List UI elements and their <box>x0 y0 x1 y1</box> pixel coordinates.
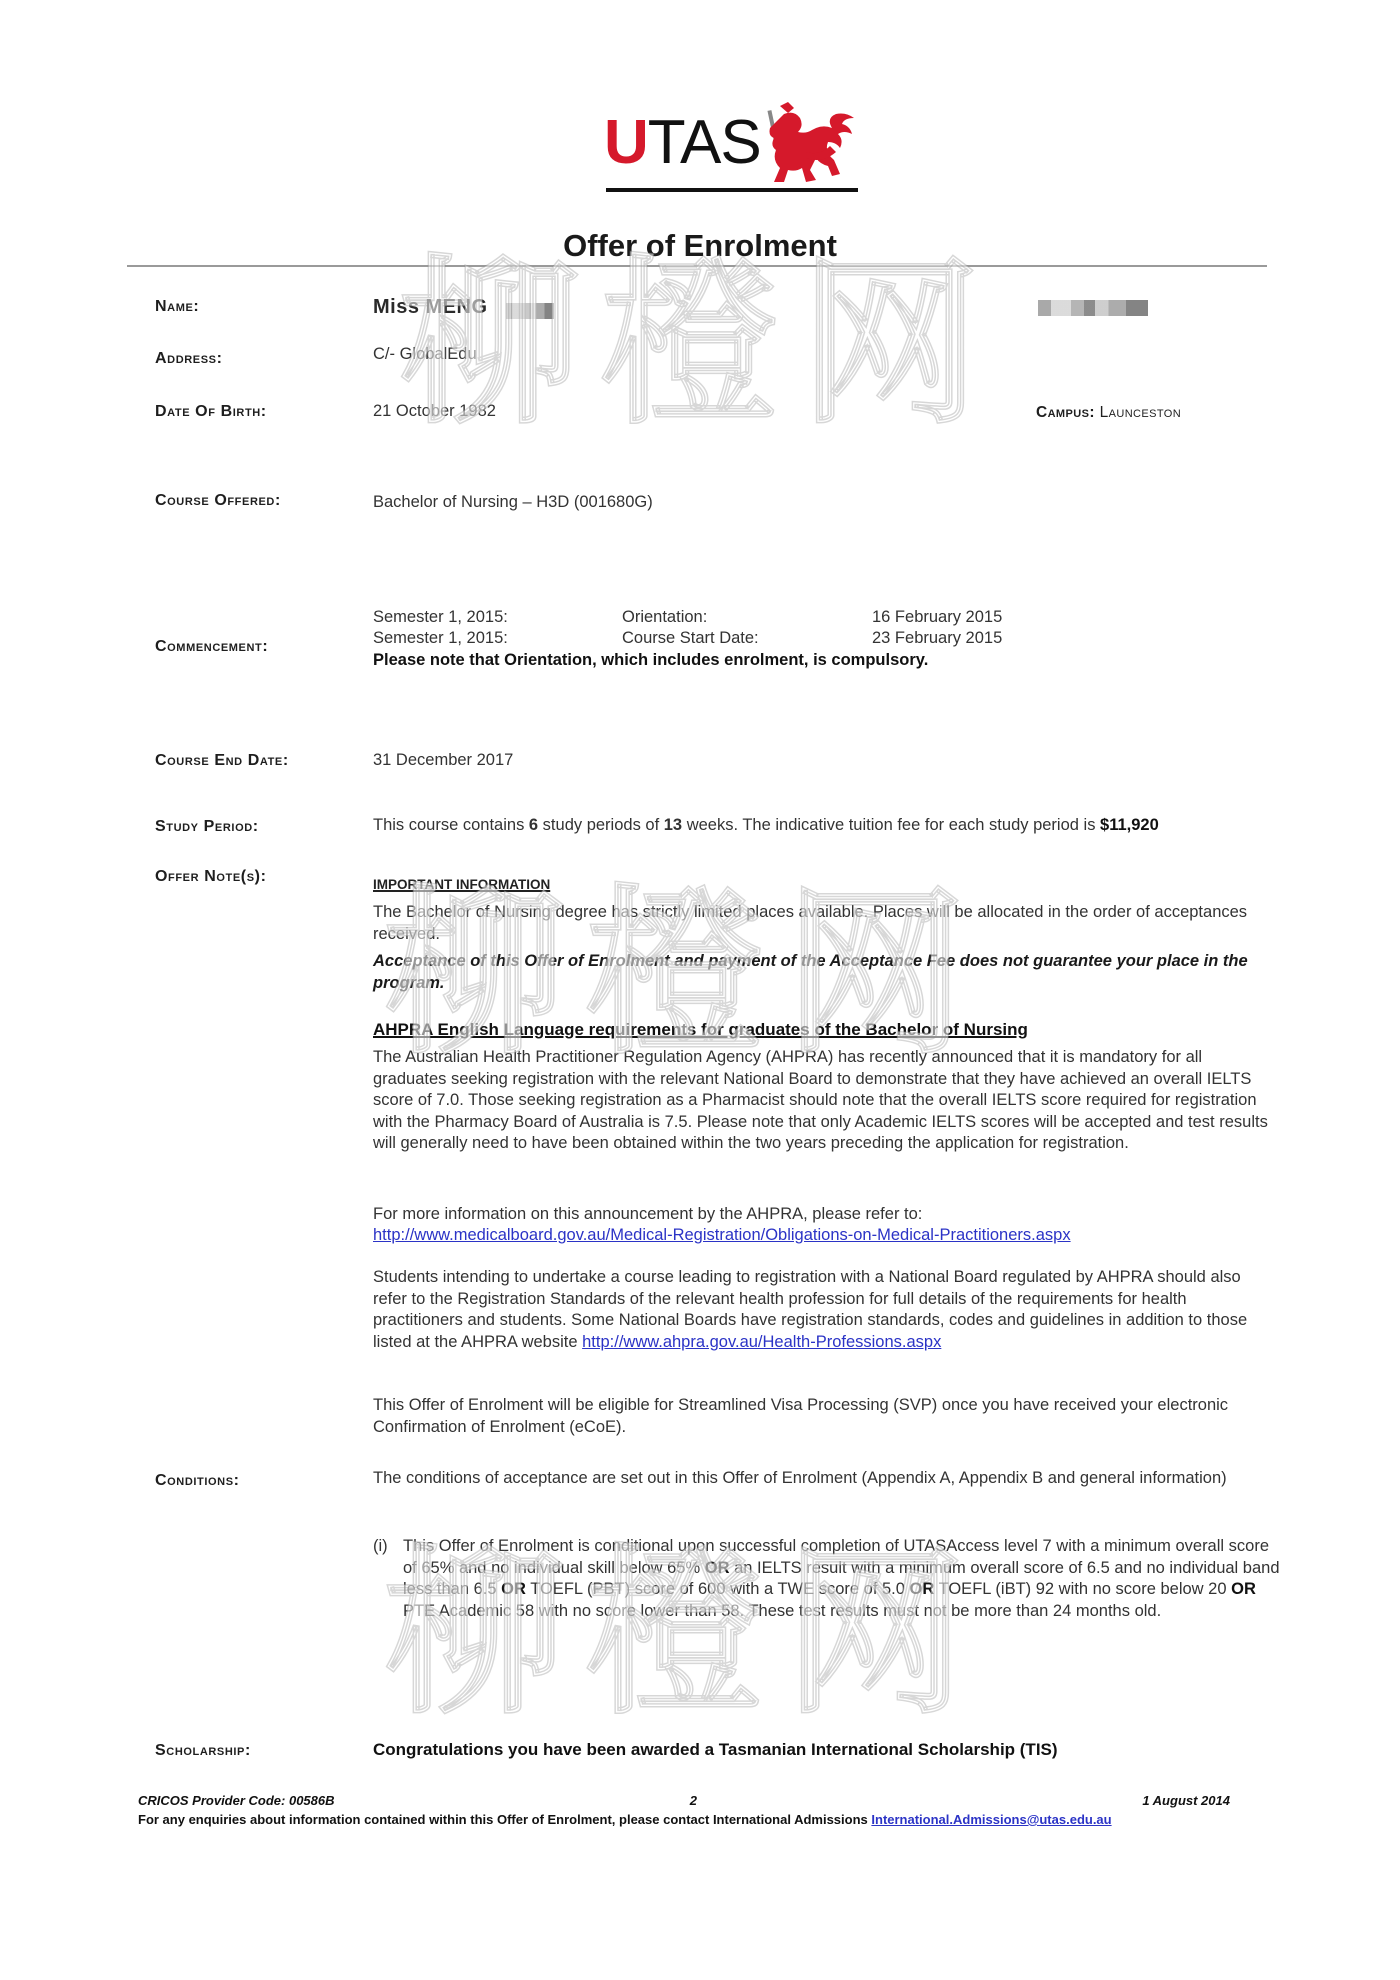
lion-crest-icon <box>750 100 860 196</box>
svp-text: This Offer of Enrolment will be eligible… <box>373 1395 1273 1438</box>
utas-logo: UTAS <box>604 100 860 194</box>
important-disclaimer: Acceptance of this Offer of Enrolment an… <box>373 951 1273 994</box>
course-value: Bachelor of Nursing – H3D (001680G) <box>373 493 653 512</box>
issue-date: 1 August 2014 <box>1142 1793 1230 1808</box>
redacted-id-block <box>1038 300 1148 316</box>
study-period-value: This course contains 6 study periods of … <box>373 816 1159 835</box>
name-value: Miss MENG <box>373 296 488 319</box>
course-label: Course Offered: <box>155 492 281 510</box>
ahpra-text: The Australian Health Practitioner Regul… <box>373 1047 1273 1155</box>
address-label: Address: <box>155 350 223 368</box>
end-date-label: Course End Date: <box>155 752 289 770</box>
logo-wordmark: UTAS <box>604 112 761 174</box>
ahpra-website-link[interactable]: http://www.ahpra.gov.au/Health-Professio… <box>582 1333 941 1351</box>
commencement-note: Please note that Orientation, which incl… <box>373 651 928 670</box>
scholarship-label: Scholarship: <box>155 1742 251 1760</box>
admissions-email-link[interactable]: International.Admissions@utas.edu.au <box>871 1812 1111 1827</box>
cricos-code: CRICOS Provider Code: 00586B <box>138 1793 335 1808</box>
campus-field: Campus: Launceston <box>1036 404 1181 422</box>
more-info-link-row: http://www.medicalboard.gov.au/Medical-R… <box>373 1225 1273 1247</box>
study-period-label: Study Period: <box>155 818 259 836</box>
more-info-text: For more information on this announcemen… <box>373 1204 1273 1226</box>
ahpra-heading: AHPRA English Language requirements for … <box>373 1019 1273 1042</box>
title-divider <box>127 265 1267 267</box>
medicalboard-link[interactable]: http://www.medicalboard.gov.au/Medical-R… <box>373 1226 1071 1244</box>
condition-text: This Offer of Enrolment is conditional u… <box>403 1536 1283 1622</box>
students-text: Students intending to undertake a course… <box>373 1267 1273 1353</box>
logo-underline <box>606 188 858 192</box>
offer-notes-label: Offer Note(s): <box>155 868 267 886</box>
campus-value: Launceston <box>1100 404 1181 421</box>
dob-value: 21 October 1982 <box>373 402 496 421</box>
page-title: Offer of Enrolment <box>0 228 1400 264</box>
commencement-label: Commencement: <box>155 638 268 656</box>
important-heading: IMPORTANT INFORMATION <box>373 874 1273 896</box>
dob-label: Date Of Birth: <box>155 403 267 421</box>
footer-enquiry: For any enquiries about information cont… <box>138 1812 1112 1827</box>
address-value: C/- GlobalEdu <box>373 345 477 364</box>
name-label: Name: <box>155 298 199 316</box>
scholarship-value: Congratulations you have been awarded a … <box>373 1740 1058 1760</box>
footer-meta: CRICOS Provider Code: 00586B 2 1 August … <box>138 1793 1230 1808</box>
conditions-intro: The conditions of acceptance are set out… <box>373 1468 1273 1490</box>
page-number: 2 <box>690 1793 697 1808</box>
condition-item: (i) This Offer of Enrolment is condition… <box>373 1536 1283 1622</box>
redacted-name-block <box>506 303 554 319</box>
end-date-value: 31 December 2017 <box>373 751 513 770</box>
important-text: The Bachelor of Nursing degree has stric… <box>373 902 1273 945</box>
conditions-label: Conditions: <box>155 1472 240 1490</box>
